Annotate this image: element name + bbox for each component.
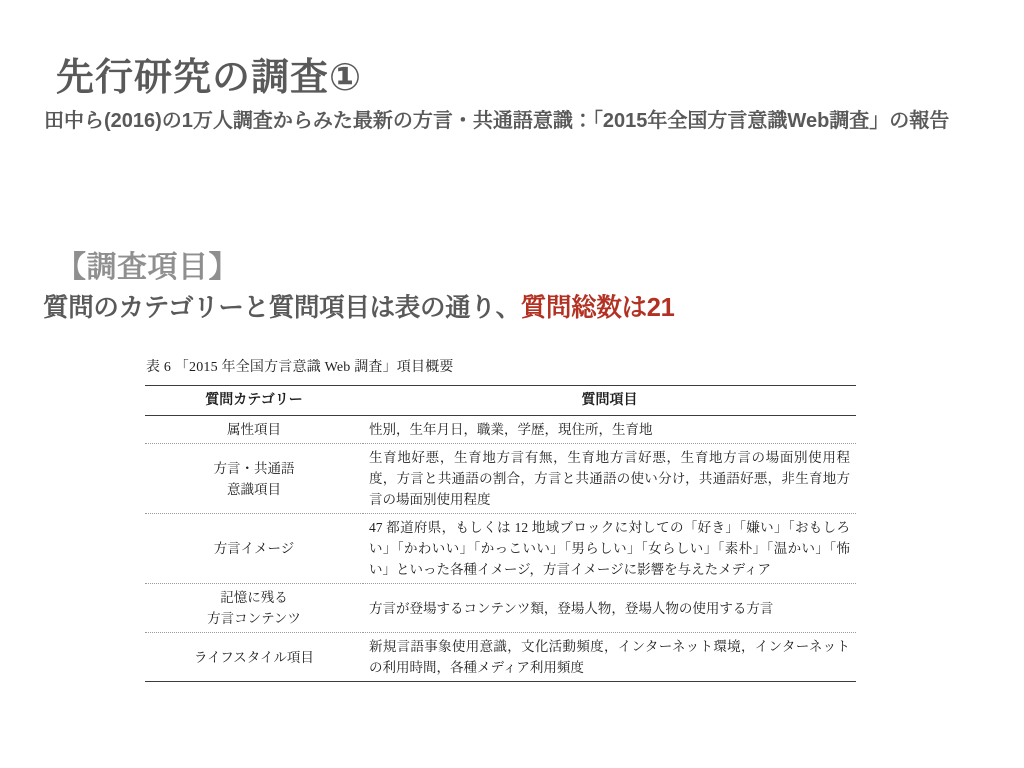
- slide-subtitle: 田中ら(2016)の1万人調査からみた最新の方言・共通語意識：「2015年全国方…: [44, 104, 949, 133]
- table-row: ライフスタイル項目 新規言語事象使用意識，文化活動頻度，インターネット環境，イン…: [145, 633, 856, 682]
- items-cell: 新規言語事象使用意識，文化活動頻度，インターネット環境，インターネットの利用時間…: [363, 633, 856, 682]
- items-cell: 生育地好悪，生育地方言有無，生育地方言好悪，生育地方言の場面別使用程度，方言と共…: [363, 444, 856, 514]
- survey-table-block: 表 6 「2015 年全国方言意識 Web 調査」項目概要 質問カテゴリー 質問…: [145, 358, 856, 682]
- items-cell: 方言が登場するコンテンツ類，登場人物，登場人物の使用する方言: [363, 584, 856, 633]
- survey-table: 質問カテゴリー 質問項目 属性項目 性別，生年月日，職業，学歴，現住所，生育地 …: [145, 385, 856, 682]
- category-cell: 方言イメージ: [145, 514, 363, 584]
- lead-normal: 質問のカテゴリーと質問項目は表の通り、: [43, 294, 521, 322]
- items-cell: 47 都道府県，もしくは 12 地域ブロックに対しての「好き」「嫌い」「おもしろ…: [363, 514, 856, 584]
- slide-title: 先行研究の調査①: [56, 46, 362, 101]
- col-header-items: 質問項目: [363, 386, 856, 416]
- items-cell: 性別，生年月日，職業，学歴，現住所，生育地: [363, 416, 856, 444]
- category-cell: 記憶に残る 方言コンテンツ: [145, 584, 363, 633]
- lead-highlight: 質問総数は21: [521, 294, 675, 322]
- table-row: 方言・共通語 意識項目 生育地好悪，生育地方言有無，生育地方言好悪，生育地方言の…: [145, 444, 856, 514]
- category-cell: 方言・共通語 意識項目: [145, 444, 363, 514]
- table-caption: 表 6 「2015 年全国方言意識 Web 調査」項目概要: [146, 358, 856, 378]
- category-cell: 属性項目: [145, 416, 363, 444]
- table-row: 属性項目 性別，生年月日，職業，学歴，現住所，生育地: [145, 416, 856, 444]
- lead-text: 質問のカテゴリーと質問項目は表の通り、質問総数は21: [43, 288, 675, 324]
- table-row: 記憶に残る 方言コンテンツ 方言が登場するコンテンツ類，登場人物，登場人物の使用…: [145, 584, 856, 633]
- table-row: 方言イメージ 47 都道府県，もしくは 12 地域ブロックに対しての「好き」「嫌…: [145, 514, 856, 584]
- table-header-row: 質問カテゴリー 質問項目: [145, 386, 856, 416]
- col-header-category: 質問カテゴリー: [145, 386, 363, 416]
- category-cell: ライフスタイル項目: [145, 633, 363, 682]
- section-heading: 【調査項目】: [56, 242, 239, 286]
- slide: 先行研究の調査① 田中ら(2016)の1万人調査からみた最新の方言・共通語意識：…: [0, 0, 1024, 768]
